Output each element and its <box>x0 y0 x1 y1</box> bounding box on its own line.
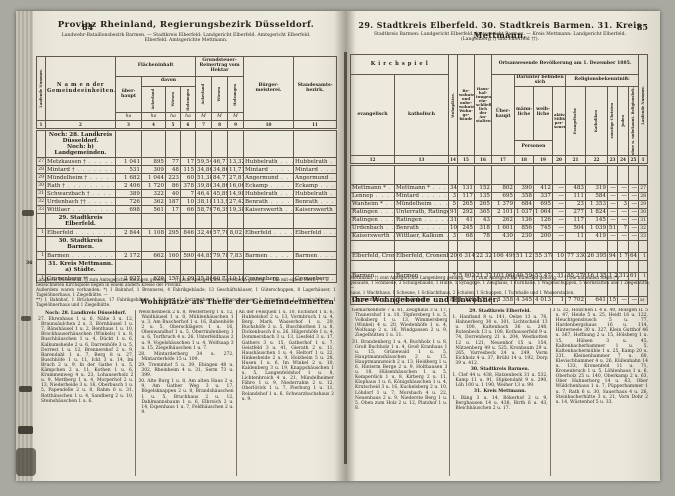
text-paragraph: 27. Ehrenhaus 1 u. 6, Nähe 3 u. 12, Brau… <box>38 317 133 404</box>
gemeinde-name: Barmen . . . . . . . . . . <box>46 252 116 260</box>
value-cell: 84,71 <box>212 174 228 182</box>
text-paragraph: 31. Brandenberg 1 u. 4, Buchholz 1 u. 8,… <box>352 340 447 411</box>
value-cell: 10 <box>449 224 458 232</box>
row-number: 30 <box>37 182 46 190</box>
leader-dots: . . . . . . <box>321 230 336 236</box>
value-cell: — <box>629 232 639 240</box>
value-cell: 38,18 <box>196 198 212 206</box>
value-cell: 389 <box>116 190 142 198</box>
value-cell: 941 <box>608 252 618 260</box>
value-cell: 117 <box>566 216 586 224</box>
column-number: 12 <box>351 155 395 164</box>
value-cell: 2 172 <box>116 252 142 260</box>
table-cell <box>212 260 228 275</box>
row-number: 1 <box>639 252 648 260</box>
gemeinde-name: Wittlaer . . . . . . . . . . <box>46 206 116 214</box>
cell-text: Eckamp <box>295 183 318 189</box>
kirchspiel-katholisch: Benrath . . . . . <box>395 224 449 232</box>
table-cell <box>116 130 142 158</box>
value-cell: 60 <box>181 174 196 182</box>
value-cell: 79,78 <box>212 252 228 260</box>
gemeinde-name-text: Schwarzbach † <box>47 191 90 197</box>
value-cell: 390 <box>515 184 534 192</box>
row-number: 29 <box>639 200 648 208</box>
leader-dots: . . . . . . . . . . <box>65 183 115 189</box>
table-cell <box>553 260 566 272</box>
col-header-standesamtsbezirk: Standesamts- bezirk. <box>294 57 337 121</box>
kirchspiel-evangelisch: Lennep . . . . . <box>351 192 395 200</box>
value-cell: 200 <box>534 232 553 240</box>
column-number: 6 <box>181 121 196 130</box>
leader-dots: . . . . . . <box>268 167 294 173</box>
value-cell: — <box>553 208 566 216</box>
cell-text: Hubbelrath <box>245 191 278 197</box>
text-column: Gemarkenhöfe 7 u. 61, Zeughaus 3 u. 17, … <box>350 308 449 476</box>
standesamt-cell: Hubbelrath . . . . . . <box>294 158 337 166</box>
value-cell: 1 682 <box>116 174 142 182</box>
value-cell: 46,41 <box>196 190 212 198</box>
leader-dots: . . . . . . <box>271 230 293 236</box>
table-cell <box>458 260 475 272</box>
leader-dots: . . . . . . <box>268 183 294 189</box>
kirchspiel-evangelisch: Ratingen . . . . . <box>351 216 395 224</box>
leader-dots: . . . . . . <box>328 175 336 181</box>
subtitle-line: Elberfeld. Amtsgerichte Mettmann. <box>36 38 336 43</box>
value-cell: 27,81 <box>228 174 244 182</box>
table-cell <box>449 164 458 184</box>
cell-text: Benrath <box>245 199 268 205</box>
col-header-wiesen: Wiesen <box>212 77 228 113</box>
table-cell <box>639 260 648 272</box>
col-header-buergermeisterei: Bürger- meisterei. <box>244 57 294 121</box>
col-header-ueberhaupt: Über- haupt <box>492 75 515 156</box>
value-cell: — <box>608 192 618 200</box>
col-header-ohne-religionsbek: ohne u. unbekannt. Religionsbek. <box>629 87 639 156</box>
value-cell: 1 041 <box>116 158 142 166</box>
column-number: 3 <box>116 121 142 130</box>
column-number: 16 <box>475 155 492 164</box>
gutter-line <box>344 52 347 464</box>
value-cell: — <box>629 208 639 216</box>
table-row: 28Mintard † . . . . . . . . . .531309481… <box>37 166 337 174</box>
table-row <box>351 260 648 272</box>
value-cell: 230 <box>515 232 534 240</box>
kirchspiel-evangelisch: Mettmann * . . . . . <box>351 184 395 192</box>
leader-dots: . . . . . . <box>283 207 294 213</box>
value-cell: 7 <box>618 224 629 232</box>
table-cell <box>181 237 196 252</box>
column-number: 9 <box>228 121 244 130</box>
value-cell: 19,38 <box>228 206 244 214</box>
kirchspiel-evangelisch: Elberfeld, Cronen­berg *, Sonnborn *. <box>351 252 395 260</box>
col-header-flaecheninhalt: Flächeninhalt <box>116 57 196 77</box>
gemeinde-name: Schwarzbach † . . . . . . . . . . <box>46 190 116 198</box>
table-cell <box>639 240 648 252</box>
value-cell: 5 <box>449 200 458 208</box>
cell-text: Elberfeld <box>245 230 271 236</box>
buergermeisterei-cell: Mintard . . . . . . <box>244 166 294 174</box>
leader-dots: . . . . . <box>384 225 395 231</box>
value-cell: — <box>553 192 566 200</box>
leader-dots: . . . . . . <box>268 199 294 205</box>
cell-text: Wanheim * <box>352 201 383 207</box>
gemeinde-name: Mündelheim † . . . . . . . . . . <box>46 174 116 182</box>
text-columns: Gemarkenhöfe 7 u. 61, Zeughaus 3 u. 17, … <box>350 308 650 476</box>
row-number: 27 <box>37 158 46 166</box>
value-cell: 34,86 <box>196 166 212 174</box>
value-cell: 43 <box>475 216 492 224</box>
table-cell <box>566 164 586 184</box>
leader-dots: . . . . . . . . . . <box>75 167 116 173</box>
value-cell: 590 <box>181 252 196 260</box>
value-cell: 504 <box>566 224 586 232</box>
value-cell: 57,78 <box>212 229 228 237</box>
table-cell <box>244 260 294 275</box>
table-cell <box>116 237 142 252</box>
table-cell <box>492 164 515 184</box>
value-cell: 78 <box>475 232 492 240</box>
section-title: 29. Stadtkreis Elberfeld. <box>47 214 114 228</box>
table-row: 29Mündelheim † . . . . . . . . . .1 6821… <box>37 174 337 182</box>
row-number: 28 <box>639 192 648 200</box>
scanned-book-spread: 84 Provinz Rheinland, Regierungsbezirk D… <box>0 0 675 496</box>
value-cell: 1 039 <box>586 224 608 232</box>
col-header-darunter: Darunter befinden sich <box>515 75 566 87</box>
value-cell: 26 395 <box>586 252 608 260</box>
column-number: 22 <box>586 155 608 164</box>
gemeinde-name-text: Barmen <box>47 253 69 259</box>
value-cell: — <box>629 200 639 208</box>
table-cell <box>351 164 395 184</box>
value-cell: — <box>608 208 618 216</box>
fore-edge-pages <box>16 11 33 481</box>
leader-dots: . . . . . . <box>328 159 337 165</box>
table-cell <box>228 130 244 158</box>
table-cell <box>553 240 566 252</box>
column-number: 15 <box>458 155 475 164</box>
table-cell <box>116 260 142 275</box>
leader-dots: . . . . . <box>390 233 395 239</box>
table-row: 30. Stadtkreis Barmen. <box>37 237 337 252</box>
cell-text: Mintard <box>245 167 268 173</box>
table-cell <box>492 240 515 252</box>
value-cell: — <box>608 200 618 208</box>
table-row: Urdenbach . . . . .Benrath . . . . .1024… <box>351 224 648 232</box>
buergermeisterei-cell: Kaiserswerth . . . . . . <box>244 206 294 214</box>
value-cell: 262 <box>492 216 515 224</box>
text-column: 29. Stadtkreis Elberfeld.1. Hanfland 8 u… <box>449 308 549 476</box>
table-row: 29. Stadtkreis Elberfeld. <box>37 214 337 229</box>
value-cell: 51 <box>608 224 618 232</box>
cell-text: Mettmann * <box>352 185 386 191</box>
value-cell: 378 <box>181 182 196 190</box>
value-cell: 362 <box>142 198 166 206</box>
value-cell: 7 <box>181 190 196 198</box>
cell-text: Kaiserswerth <box>352 233 390 239</box>
col-header-wiesen: Wiesen <box>166 87 181 113</box>
cell-text: Benrath <box>295 199 318 205</box>
text-paragraph: 1. Hanfland 8 u. 141, Oelze 13 u. 78, Ha… <box>452 315 547 366</box>
cell-text: Mündelheim <box>396 201 432 207</box>
value-cell: 117 <box>458 192 475 200</box>
column-numbers-row: 12131415161718192021222324251 <box>351 155 648 164</box>
value-cell: 27,42 <box>228 198 244 206</box>
col-header-sonstige-christen: sonstige Christen <box>608 87 618 156</box>
value-cell: 419 <box>586 232 608 240</box>
table-row: Mettmann * . . . . .Mettmann * . . . . .… <box>351 184 648 192</box>
col-header-militaerpersonen: aktive Militär- per- sonen <box>553 87 566 156</box>
table-cell <box>244 130 294 158</box>
table-row: Elberfeld, Cronen­berg *, Sonnborn *.Elb… <box>351 252 648 260</box>
column-number: 24 <box>618 155 629 164</box>
row-number: 1 <box>37 229 46 237</box>
value-cell: 1 769 <box>618 252 629 260</box>
table-cell <box>244 214 294 229</box>
table-cell <box>534 260 553 272</box>
table-cell <box>553 164 566 184</box>
value-cell: 14,98 <box>228 190 244 198</box>
table-row: Wanheim * . . . . .Mündelheim . . . . .5… <box>351 200 648 208</box>
cell-text: Barmen <box>295 253 317 259</box>
buergermeisterei-cell: Elberfeld . . . . . . <box>244 229 294 237</box>
cell-text: Hubbelrath <box>245 159 278 165</box>
value-cell: 40 <box>166 190 181 198</box>
gemeinde-name-text: Wittlaer <box>47 207 70 213</box>
value-cell: 131 <box>458 184 475 192</box>
col-header-grundsteuer: Grundsteuer- Reinertrag vom Hektar <box>196 57 244 77</box>
value-cell: 51 121 <box>515 252 534 260</box>
cell-text: Mintard <box>396 193 419 199</box>
column-number: 18 <box>515 155 534 164</box>
value-cell: 3 <box>618 200 629 208</box>
table-cell <box>181 260 196 275</box>
value-cell: — <box>553 184 566 192</box>
column-heading: Noch: 28. Landkreis Düsseldorf. <box>38 311 133 316</box>
value-cell: 2 844 <box>116 229 142 237</box>
row-number: 32 <box>639 224 648 232</box>
cell-text: Wittlaer, Kalkum <box>396 233 444 239</box>
value-cell: 55 378 <box>534 252 553 260</box>
row-number: 33 <box>639 232 648 240</box>
col-header-ortsanwesende: Ortsanwesende Bevölkerung am 1. Dezember… <box>492 55 639 75</box>
row-number-cell <box>37 260 46 275</box>
section-title-line: a) Städte. <box>47 267 114 273</box>
table-row: 31. Kreis Mettmann.a) Städte. <box>37 260 337 275</box>
column-number: 11 <box>294 121 337 130</box>
standesamt-cell: Benrath . . . . . . <box>294 198 337 206</box>
leader-dots: . . . . . . <box>317 253 336 259</box>
leader-dots: . . . . . . . . . . <box>73 230 115 236</box>
value-cell: 46,71 <box>212 158 228 166</box>
value-cell: 698 <box>116 206 142 214</box>
value-cell: 113,97 <box>212 198 228 206</box>
statistics-table-right: K i r c h s p i e l Wohnplätze. Be- wohn… <box>350 54 648 305</box>
table-cell <box>586 240 608 252</box>
row-number: 33 <box>37 206 46 214</box>
row-number: 29 <box>37 174 46 182</box>
table-cell <box>196 237 212 252</box>
col-header-personen: Personen <box>515 140 553 155</box>
row-number: 1 <box>37 252 46 260</box>
value-cell: 51,38 <box>196 174 212 182</box>
cell-text: Urdenbach <box>352 225 384 231</box>
table-cell <box>212 214 228 229</box>
value-cell: 3 <box>449 232 458 240</box>
value-cell: 64 <box>629 252 639 260</box>
leader-dots: . . . . . . <box>318 183 337 189</box>
text-column: 3 u. 32, Hölzchen I. 4 u. 40, Hölzgen II… <box>550 308 650 476</box>
value-cell: 309 <box>142 166 166 174</box>
value-cell: 34,86 <box>212 166 228 174</box>
value-cell: 68 <box>458 232 475 240</box>
value-cell: 20 <box>449 252 458 260</box>
column-number: 1 <box>37 121 46 130</box>
value-cell: 1 353 <box>586 200 608 208</box>
leader-dots: . . . . . . <box>278 159 294 165</box>
table-cell <box>142 214 166 229</box>
leader-dots: . . . . . . . . . . <box>86 159 116 165</box>
value-cell: 23 <box>566 200 586 208</box>
text-paragraph: Gemarkenhöfe 7 u. 61, Zeughaus 3 u. 17, … <box>352 308 447 339</box>
kirchspiel-evangelisch: Ratingen . . . . . <box>351 208 395 216</box>
table-cell <box>449 260 458 272</box>
table-cell <box>228 237 244 252</box>
leader-dots: . . . . . <box>386 185 395 191</box>
col-header-laufende-nummer: Laufende Nummer. <box>37 57 46 121</box>
table-cell <box>639 164 648 184</box>
table-cell <box>228 214 244 229</box>
value-cell: 337 <box>534 192 553 200</box>
statistics-table-left: Laufende Nummer. N a m e n der Gemeindee… <box>36 56 337 283</box>
value-cell: 3 <box>449 192 458 200</box>
section-title: 31. Kreis Mettmann.a) Städte. <box>47 260 114 274</box>
table-cell <box>449 240 458 252</box>
cell-text: Barmen <box>245 253 267 259</box>
buergermeisterei-cell: Hubbelrath . . . . . . <box>244 190 294 198</box>
table-row: Lennep . . . . .Mintard . . . . .3117135… <box>351 192 648 200</box>
value-cell: 561 <box>142 206 166 214</box>
kirchspiel-katholisch: Unterrath, Ratingen, Rath, Derendorf * <box>395 208 449 216</box>
value-cell: — <box>618 208 629 216</box>
value-cell: 856 <box>515 224 534 232</box>
text-columns: Noch: 28. Landkreis Düsseldorf.27. Ehren… <box>36 310 336 476</box>
value-cell: — <box>608 216 618 224</box>
col-header-juden: Juden <box>618 87 629 156</box>
column-number: 14 <box>449 155 458 164</box>
table-cell <box>351 260 395 272</box>
table-cell <box>294 260 337 275</box>
value-cell: 1 720 <box>142 182 166 190</box>
column-number: 20 <box>553 155 566 164</box>
value-cell: 10 <box>553 252 566 260</box>
table-cell <box>116 214 142 229</box>
table-cell <box>458 240 475 252</box>
col-header-evangelisch: evangelisch <box>351 75 395 156</box>
value-cell: 430 <box>492 232 515 240</box>
standesamt-cell: Hubbelrath . . . . . . <box>294 190 337 198</box>
column-number: 25 <box>629 155 639 164</box>
value-cell: 41 <box>458 216 475 224</box>
column-number: 19 <box>534 155 553 164</box>
col-header-ackerland: Ackerland <box>196 77 212 113</box>
leader-dots: . . . . . . . . . . <box>69 253 115 259</box>
value-cell: 295 <box>166 229 181 237</box>
table-cell <box>212 237 228 252</box>
cell-text: Ratingen <box>352 209 378 215</box>
value-cell: 318 <box>475 224 492 232</box>
table-cell <box>196 214 212 229</box>
col-header-weibliche: weib- liche <box>534 87 553 141</box>
table-cell <box>475 164 492 184</box>
table-cell <box>142 237 166 252</box>
table-cell <box>228 260 244 275</box>
gemeinde-name: Elberfeld . . . . . . . . . . <box>46 229 116 237</box>
kirchspiel-katholisch: Elberfeld, Cronen­berg *, Sonnborn *. <box>395 252 449 260</box>
value-cell: 48 <box>166 166 181 174</box>
value-cell: 77 <box>166 158 181 166</box>
scan-artifact <box>22 210 34 216</box>
value-cell: 22 325 <box>475 252 492 260</box>
value-cell: 86 <box>166 182 181 190</box>
section-title-cell: Noch: 28. LandkreisDüsseldorf.Noch: b) L… <box>46 130 116 158</box>
section-title: 30. Stadtkreis Barmen. <box>47 237 114 251</box>
table-cell <box>166 260 181 275</box>
table-cell <box>244 237 294 252</box>
value-cell: 223 <box>166 174 181 182</box>
col-header-holzungen: Holzungen <box>181 87 196 113</box>
scan-artifact <box>18 426 33 434</box>
value-cell: 45,89 <box>212 190 228 198</box>
table-cell <box>608 260 618 272</box>
table-cell <box>629 164 639 184</box>
leader-dots: . . . . . . . . . . <box>90 191 116 197</box>
gemeinde-name: Metzkausen † . . . . . . . . . . <box>46 158 116 166</box>
page-title: Provinz Rheinland, Regierungsbezirk Düss… <box>36 20 336 30</box>
value-cell: 31 <box>449 216 458 224</box>
value-cell: 115 <box>181 166 196 174</box>
table-row: 32Urdenbach †† . . . . . . . . . .726362… <box>37 198 337 206</box>
leader-dots: . . . . . <box>378 217 395 223</box>
table-cell <box>475 260 492 272</box>
value-cell: 245 <box>458 224 475 232</box>
value-cell: 6 314 <box>458 252 475 260</box>
buergermeisterei-cell: Hubbelrath . . . . . . <box>244 158 294 166</box>
value-cell: 126 <box>534 216 553 224</box>
table-row <box>351 164 648 184</box>
value-cell: 641 <box>586 296 608 304</box>
value-cell: 160 <box>166 252 181 260</box>
table-cell <box>294 130 337 158</box>
column-number: 2 <box>46 121 116 130</box>
row-number: 31 <box>639 216 648 224</box>
col-header-wohnplaetze: Wohnplätze. <box>449 55 458 156</box>
gemeinde-name-text: Metzkausen † <box>47 159 86 165</box>
text-paragraph: 30. Alte Burg 1 u. 8, Am alten Haus 2 u.… <box>138 379 233 415</box>
value-cell: 136 <box>515 216 534 224</box>
value-cell: 1 064 <box>534 208 553 216</box>
gemeinde-name: Mintard † . . . . . . . . . . <box>46 166 116 174</box>
right-page: 85 29. Stadtkreis Elberfeld. 30. Stadtkr… <box>350 14 650 478</box>
table-cell <box>212 130 228 158</box>
value-cell: 319 <box>586 184 608 192</box>
table-cell <box>618 164 629 184</box>
table-cell <box>181 130 196 158</box>
value-cell: — <box>608 232 618 240</box>
section-title-cell: 31. Kreis Mettmann.a) Städte. <box>46 260 116 275</box>
value-cell: 76,39 <box>212 206 228 214</box>
table-cell <box>196 260 212 275</box>
section-title-line: 30. Stadtkreis Barmen. <box>47 238 114 250</box>
